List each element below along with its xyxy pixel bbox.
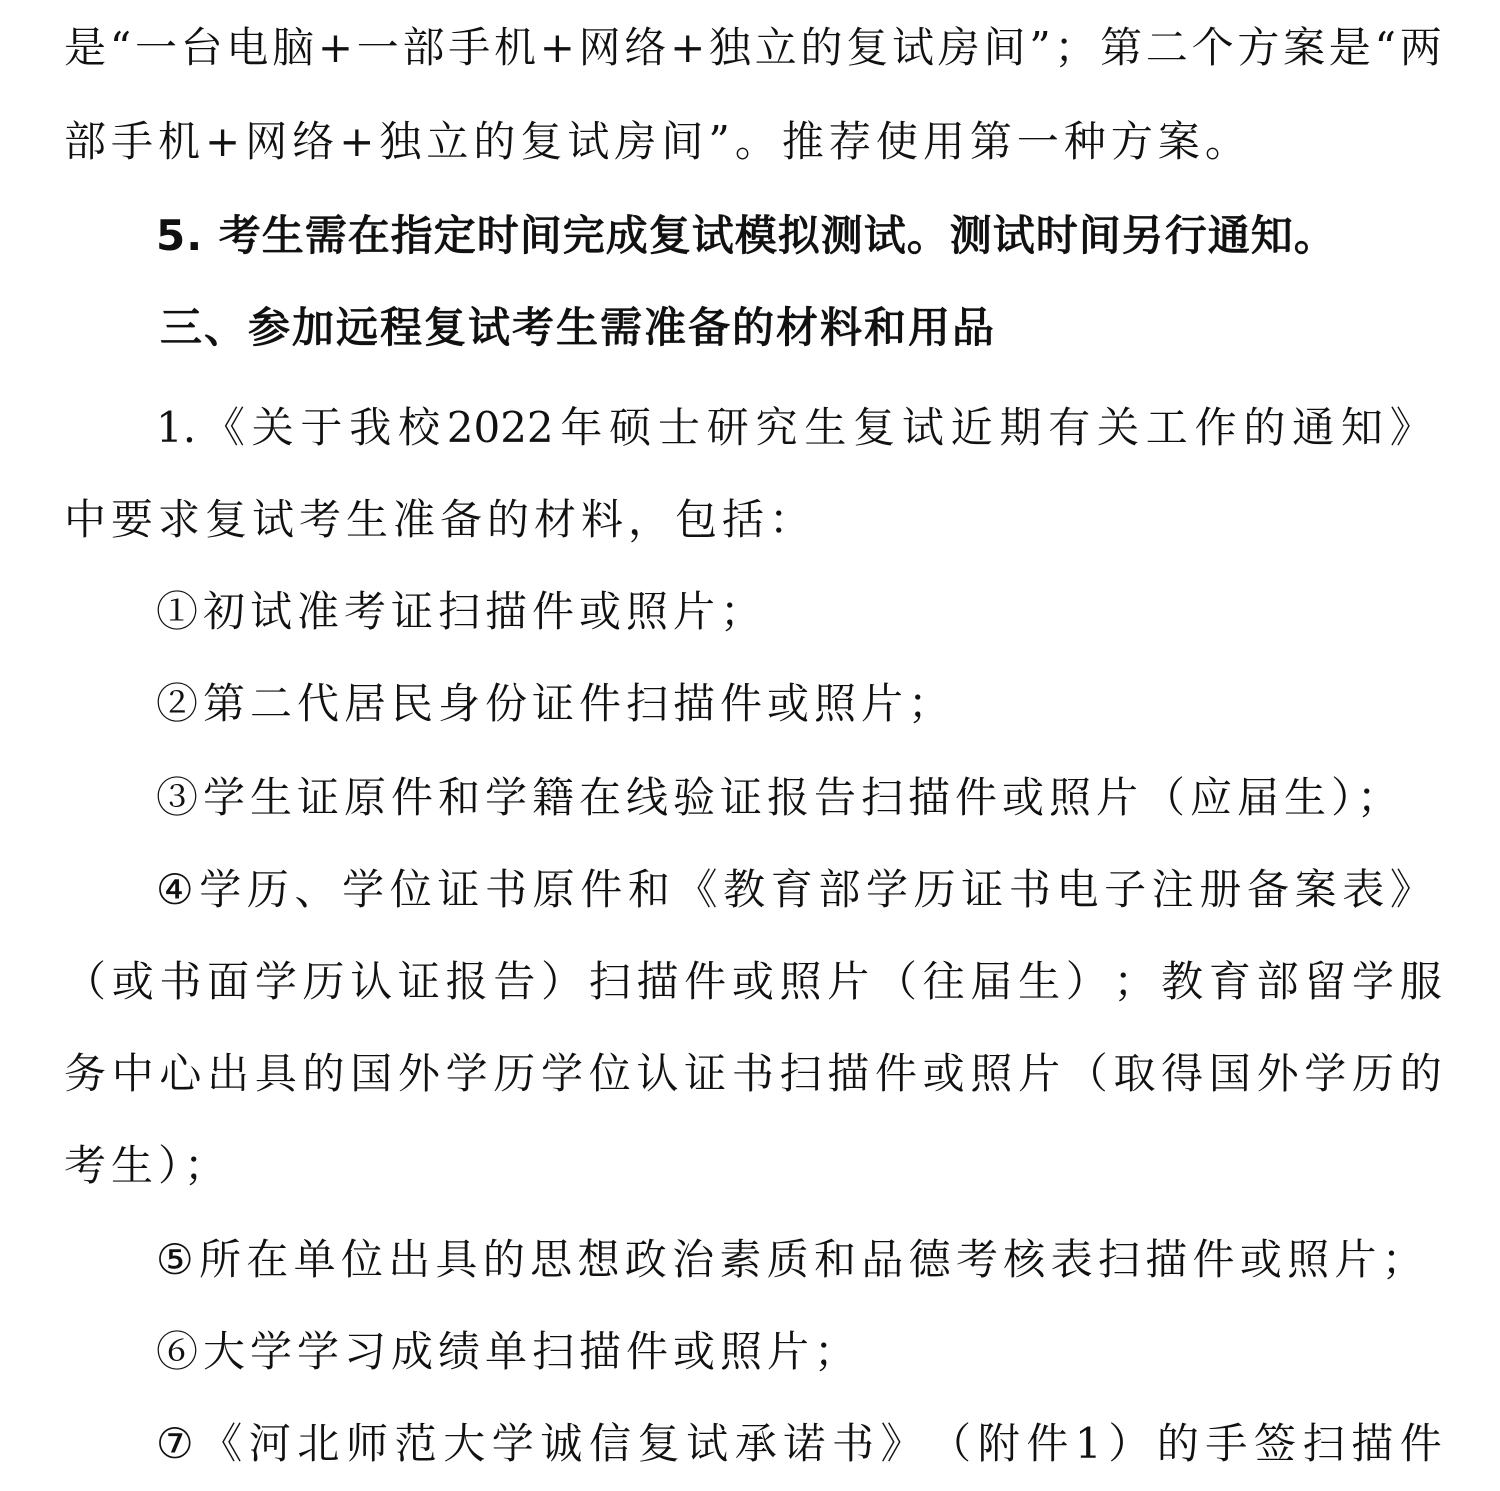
material-item-5: ⑤所在单位出具的思想政治素质和品德考核表扫描件或照片；: [156, 1230, 1424, 1290]
item-1-line: 1.《关于我校2022年硕士研究生复试近期有关工作的通知》: [156, 398, 1432, 458]
material-item-4: ④学历、学位证书原件和《教育部学历证书电子注册备案表》: [156, 860, 1432, 920]
material-item-3: ③学生证原件和学籍在线验证报告扫描件或照片（应届生）；: [156, 768, 1404, 828]
material-item-4: （或书面学历认证报告）扫描件或照片（往届生）；教育部留学服: [64, 952, 1442, 1012]
material-item-4: 务中心出具的国外学历学位认证书扫描件或照片（取得国外学历的: [64, 1044, 1442, 1104]
document-page: 是“一台电脑+一部手机+网络+独立的复试房间”；第二个方案是“两 部手机+网络+…: [0, 0, 1500, 1491]
paragraph-line: 是“一台电脑+一部手机+网络+独立的复试房间”；第二个方案是“两: [64, 18, 1442, 78]
material-item-2: ②第二代居民身份证件扫描件或照片；: [156, 674, 955, 734]
material-item-4: 考生）；: [64, 1136, 231, 1196]
material-item-7: ⑦《河北师范大学诚信复试承诺书》（附件1）的手签扫描件: [156, 1414, 1442, 1474]
paragraph-line: 部手机+网络+独立的复试房间”。推荐使用第一种方案。: [64, 112, 1252, 172]
material-item-1: ①初试准考证扫描件或照片；: [156, 582, 767, 642]
item-1-line: 中要求复试考生准备的材料，包括：: [64, 490, 816, 550]
section-heading: 三、参加远程复试考生需准备的材料和用品: [160, 298, 996, 358]
material-item-6: ⑥大学学习成绩单扫描件或照片；: [156, 1322, 861, 1382]
bold-item-5: 5. 考生需在指定时间完成复试模拟测试。测试时间另行通知。: [156, 206, 1337, 266]
